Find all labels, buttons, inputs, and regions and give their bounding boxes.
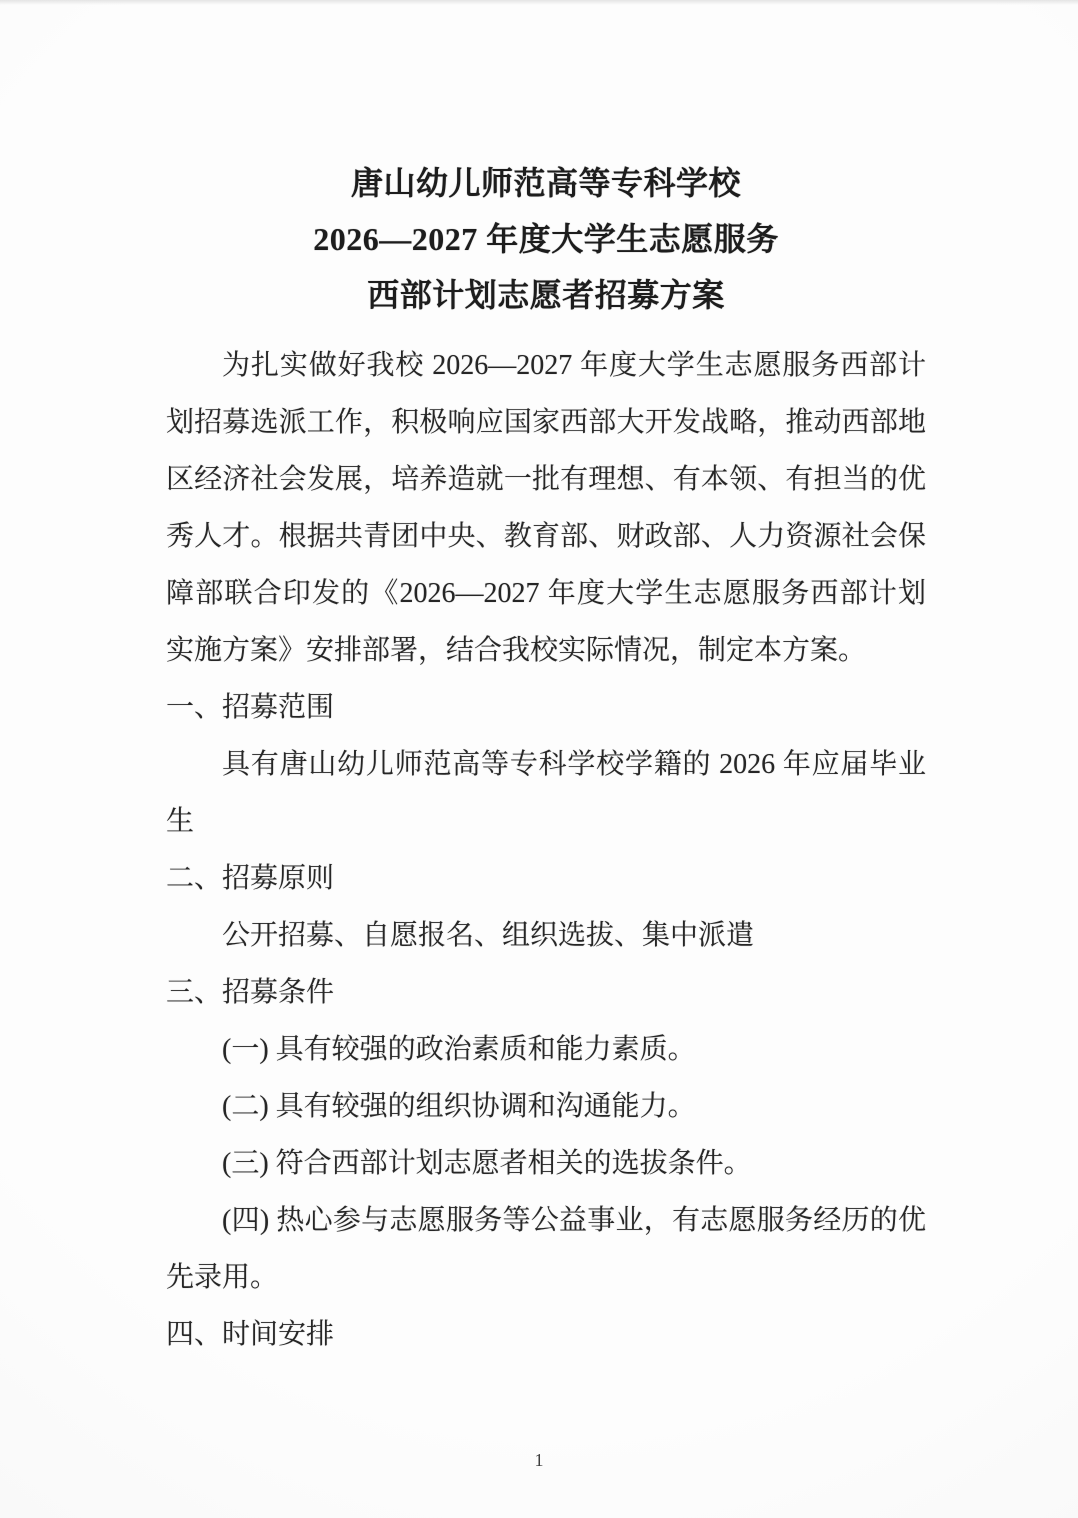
title-line-3: 西部计划志愿者招募方案 <box>166 267 926 323</box>
section-heading-recruit-principles: 二、招募原则 <box>166 850 926 907</box>
condition-item-4: (四) 热心参与志愿服务等公益事业，有志愿服务经历的优先录用。 <box>166 1192 926 1306</box>
title-line-2: 2026—2027 年度大学生志愿服务 <box>166 211 926 267</box>
document-title: 唐山幼儿师范高等专科学校 2026—2027 年度大学生志愿服务 西部计划志愿者… <box>166 155 926 323</box>
title-line-1: 唐山幼儿师范高等专科学校 <box>166 155 926 211</box>
section-heading-recruit-conditions: 三、招募条件 <box>166 964 926 1021</box>
scanned-document-page: 唐山幼儿师范高等专科学校 2026—2027 年度大学生志愿服务 西部计划志愿者… <box>0 0 1078 1518</box>
section-body-recruit-scope: 具有唐山幼儿师范高等专科学校学籍的 2026 年应届毕业生 <box>166 736 926 850</box>
condition-item-1: (一) 具有较强的政治素质和能力素质。 <box>166 1021 926 1078</box>
section-heading-recruit-scope: 一、招募范围 <box>166 679 926 736</box>
condition-item-2: (二) 具有较强的组织协调和沟通能力。 <box>166 1078 926 1135</box>
section-heading-schedule: 四、时间安排 <box>166 1306 926 1363</box>
section-body-recruit-principles: 公开招募、自愿报名、组织选拔、集中派遣 <box>166 907 926 964</box>
condition-item-3: (三) 符合西部计划志愿者相关的选拔条件。 <box>166 1135 926 1192</box>
intro-paragraph: 为扎实做好我校 2026—2027 年度大学生志愿服务西部计划招募选派工作，积极… <box>166 337 926 679</box>
page-number: 1 <box>0 1449 1078 1471</box>
document-content: 唐山幼儿师范高等专科学校 2026—2027 年度大学生志愿服务 西部计划志愿者… <box>166 155 926 1363</box>
